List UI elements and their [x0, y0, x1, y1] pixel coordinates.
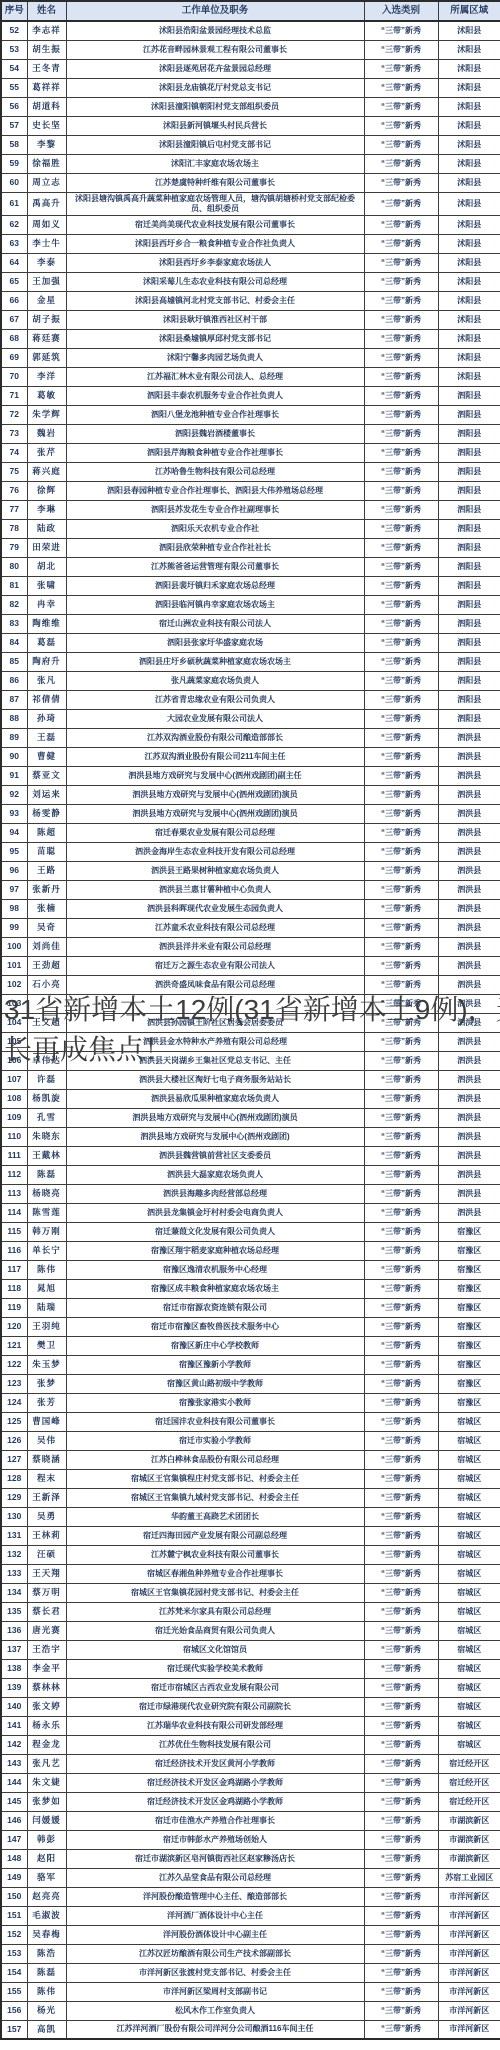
- table-row: 87 祁倩倩 江苏省青忠缘农业有限公司负责人 “三带”新秀 泗阳县: [1, 690, 500, 709]
- table-row: 139 蔡林林 宿迁市宿城区古西农业发展有限公司 “三带”新秀 宿城区: [1, 1678, 500, 1697]
- person-name: 王林莉: [27, 1526, 66, 1545]
- work-unit-position: 泗洪县地方戏研究与发展中心(泗州戏剧团)演员: [66, 804, 364, 823]
- person-name: 张文婷: [27, 1697, 66, 1716]
- person-name: 李金平: [27, 1659, 66, 1678]
- work-unit-position: 宿迁经济技术开发区黄河小学教师: [66, 1754, 364, 1773]
- selection-category: “三带”新秀: [364, 367, 438, 386]
- selection-category: “三带”新秀: [364, 1222, 438, 1241]
- selection-category: “三带”新秀: [364, 937, 438, 956]
- region: 沭阳县: [438, 348, 500, 367]
- row-serial-number: 82: [1, 595, 27, 614]
- table-row: 125 曹国峰 宿迁国沣农业科技有限公司董事长 “三带”新秀 宿城区: [1, 1412, 500, 1431]
- person-name: 李琳: [27, 500, 66, 519]
- person-name: 曹国峰: [27, 1412, 66, 1431]
- work-unit-position: 沭阳宁馨多肉园艺场负责人: [66, 348, 364, 367]
- row-serial-number: 139: [1, 1678, 27, 1697]
- region: 沭阳县: [438, 192, 500, 215]
- table-row: 130 吴勇 华韵董王高跷艺术团团长 “三带”新秀 宿城区: [1, 1507, 500, 1526]
- person-name: 蔡长君: [27, 1602, 66, 1621]
- person-name: 王冬青: [27, 59, 66, 78]
- selection-category: “三带”新秀: [364, 1583, 438, 1602]
- row-serial-number: 152: [1, 1925, 27, 1944]
- selection-category: “三带”新秀: [364, 192, 438, 215]
- row-serial-number: 148: [1, 1849, 27, 1868]
- row-serial-number: 68: [1, 329, 27, 348]
- row-serial-number: 106: [1, 1051, 27, 1070]
- region: 宿城区: [438, 1526, 500, 1545]
- region: 泗洪县: [438, 1108, 500, 1127]
- table-row: 141 杨永乐 江苏瑞华农业科技有限公司研发部经理 “三带”新秀 宿城区: [1, 1716, 500, 1735]
- region: 市洋河新区: [438, 1982, 500, 2001]
- row-serial-number: 87: [1, 690, 27, 709]
- table-row: 113 杨晓亮 泗洪县海趣多肉经营部总经理 “三带”新秀 泗洪县: [1, 1184, 500, 1203]
- work-unit-position: 洋河股份酒体设计中心副主任: [66, 1925, 364, 1944]
- person-name: 李洋: [27, 367, 66, 386]
- table-row: 70 李洋 江苏福汇林木业有限公司法人、总经理 “三带”新秀 沭阳县: [1, 367, 500, 386]
- row-serial-number: 128: [1, 1469, 27, 1488]
- table-row: 53 胡生振 江苏花音畔园林景观工程有限公司董事长 “三带”新秀 沭阳县: [1, 40, 500, 59]
- person-name: 王羽纯: [27, 1317, 66, 1336]
- selection-category: “三带”新秀: [364, 310, 438, 329]
- row-serial-number: 108: [1, 1089, 27, 1108]
- table-row: 63 李士牛 沭阳县西圩乡合一粮食种植专业合作社负责人 “三带”新秀 沭阳县: [1, 234, 500, 253]
- person-name: 张凡艺: [27, 1754, 66, 1773]
- person-name: 徐福胜: [27, 154, 66, 173]
- table-row: 124 张芳 宿豫张家港实小教师 “三带”新秀 宿豫区: [1, 1393, 500, 1412]
- work-unit-position: 沭阳县西圩乡合一粮食种植专业合作社负责人: [66, 234, 364, 253]
- table-row: 105 泗洪县金水特种水产养殖有限公司总经理 “三带”新秀 泗洪县: [1, 1032, 500, 1051]
- selection-category: “三带”新秀: [364, 633, 438, 652]
- person-name: 樊卫: [27, 1336, 66, 1355]
- work-unit-position: 泗洪县兰惠甘薯种植中心负责人: [66, 880, 364, 899]
- region: 沭阳县: [438, 78, 500, 97]
- region: 泗洪县: [438, 1089, 500, 1108]
- table-row: 106 卓伟达 泗洪县天岗湖乡王集社区党总支书记、主任 “三带”新秀 泗洪县: [1, 1051, 500, 1070]
- table-row: 126 吴伟 宿迁市实验小学教师 “三带”新秀 宿城区: [1, 1431, 500, 1450]
- table-row: 56 胡道科 沭阳县潼阳镇朝阳村党支部组织委员 “三带”新秀 沭阳县: [1, 97, 500, 116]
- row-serial-number: 135: [1, 1602, 27, 1621]
- selection-category: “三带”新秀: [364, 1184, 438, 1203]
- person-name: 胡生振: [27, 40, 66, 59]
- person-name: 王戴林: [27, 1146, 66, 1165]
- person-name: 杨光: [27, 2001, 66, 2020]
- work-unit-position: 沭阳县龙庙镇花厅村党总支书记: [66, 78, 364, 97]
- table-row: 135 蔡长君 江苏梵米尔家具有限公司总经理 “三带”新秀 宿城区: [1, 1602, 500, 1621]
- region: 宿城区: [438, 1545, 500, 1564]
- person-name: 禹高升: [27, 192, 66, 215]
- row-serial-number: 157: [1, 2020, 27, 2039]
- selection-category: “三带”新秀: [364, 1849, 438, 1868]
- region: 宿城区: [438, 1697, 500, 1716]
- region: 泗洪县: [438, 1203, 500, 1222]
- work-unit-position: 泗洪县易欣瓜果种植家庭农场负责人: [66, 1089, 364, 1108]
- row-serial-number: 133: [1, 1564, 27, 1583]
- work-unit-position: 江苏楚虞特种纤维有限公司董事长: [66, 173, 364, 192]
- table-row: 64 李泰 沭阳县西圩乡李泰家庭农场法人 “三带”新秀 沭阳县: [1, 253, 500, 272]
- selection-category: “三带”新秀: [364, 975, 438, 994]
- table-row: 155 陈伟 市洋河新区梁周村支部副书记 “三带”新秀 市洋河新区: [1, 1982, 500, 2001]
- selection-category: “三带”新秀: [364, 443, 438, 462]
- region: 泗阳县: [438, 424, 500, 443]
- table-row: 55 葛祥祥 沭阳县龙庙镇花厅村党总支书记 “三带”新秀 沭阳县: [1, 78, 500, 97]
- region: 泗洪县: [438, 994, 500, 1013]
- work-unit-position: 江苏熊爸爸运营管理有限公司董事长: [66, 557, 364, 576]
- person-name: 陈磊: [27, 1963, 66, 1982]
- row-serial-number: 113: [1, 1184, 27, 1203]
- work-unit-position: 泗洪县洋井米业有限公司总经理: [66, 937, 364, 956]
- row-serial-number: 126: [1, 1431, 27, 1450]
- row-serial-number: 111: [1, 1146, 27, 1165]
- table-row: 132 汪硕 江苏麓宁枫农业科技有限公司董事长 “三带”新秀 宿城区: [1, 1545, 500, 1564]
- region: 市洋河新区: [438, 1963, 500, 1982]
- row-serial-number: 118: [1, 1279, 27, 1298]
- region: 泗阳县: [438, 519, 500, 538]
- row-serial-number: 72: [1, 405, 27, 424]
- talent-list-table: 序号 姓名 工作单位及职务 入选类别 所属区域 52 李志祥 沭阳县浩阳盆景园经…: [0, 0, 500, 2040]
- person-name: 王劲超: [27, 956, 66, 975]
- work-unit-position: 沭阳县潼阳镇朝阳村党支部组织委员: [66, 97, 364, 116]
- table-row: 65 王加强 沭阳采莓儿生态农业科技有限公司总经理 “三带”新秀 沭阳县: [1, 272, 500, 291]
- selection-category: “三带”新秀: [364, 462, 438, 481]
- region: 宿迁经开区: [438, 1792, 500, 1811]
- row-serial-number: 153: [1, 1944, 27, 1963]
- table-row: 96 王路 泗洪县王路果树种植家庭农场负责人 “三带”新秀 泗洪县: [1, 861, 500, 880]
- region: 沭阳县: [438, 154, 500, 173]
- region: 市湖滨新区: [438, 1849, 500, 1868]
- region: 市洋河新区: [438, 2001, 500, 2020]
- table-row: 104 王文超 泗洪县孙园镇王阶社区居委会居委委员 “三带”新秀 泗洪县: [1, 1013, 500, 1032]
- row-serial-number: 96: [1, 861, 27, 880]
- person-name: 李黎: [27, 135, 66, 154]
- work-unit-position: 宿迁国沣农业科技有限公司董事长: [66, 1412, 364, 1431]
- person-name: 王文超: [27, 1013, 66, 1032]
- table-row: 81 张啸 泗阳县裴圩镇归禾家庭农场总经理 “三带”新秀 泗阳县: [1, 576, 500, 595]
- work-unit-position: 宿豫区成丰粮食种植家庭农场农场主: [66, 1279, 364, 1298]
- person-name: 张梦如: [27, 1792, 66, 1811]
- row-serial-number: 94: [1, 823, 27, 842]
- region: 泗洪县: [438, 804, 500, 823]
- work-unit-position: 泗阳县芹海粮食种植专业合作社理事长: [66, 443, 364, 462]
- row-serial-number: 130: [1, 1507, 27, 1526]
- work-unit-position: 泗洪县王路果树种植家庭农场负责人: [66, 861, 364, 880]
- work-unit-position: 江苏汉匠坊酿酒有限公司生产技术部副部长: [66, 1944, 364, 1963]
- selection-category: “三带”新秀: [364, 135, 438, 154]
- person-name: 杨凯旋: [27, 1089, 66, 1108]
- selection-category: “三带”新秀: [364, 918, 438, 937]
- table-row: 101 王劲超 宿迁万之源生态农业有限公司法人 “三带”新秀 泗洪县: [1, 956, 500, 975]
- work-unit-position: 宿迁市宿源农资连锁有限公司: [66, 1298, 364, 1317]
- selection-category: “三带”新秀: [364, 1431, 438, 1450]
- person-name: 韩彭: [27, 1830, 66, 1849]
- table-row: 91 蔡亚文 泗洪县地方戏研究与发展中心(泗州戏剧团)副主任 “三带”新秀 泗洪…: [1, 766, 500, 785]
- person-name: 陶维维: [27, 614, 66, 633]
- work-unit-position: 沭阳县塘沟镇禹高升蔬菜种植家庭农场管理人员，塘沟镇胡塘桥村党支部纪检委员、组织委…: [66, 192, 364, 215]
- row-serial-number: 77: [1, 500, 27, 519]
- region: 宿城区: [438, 1621, 500, 1640]
- person-name: 陈伟: [27, 1260, 66, 1279]
- row-serial-number: 90: [1, 747, 27, 766]
- work-unit-position: 宿迁美尚美现代农业科技发展有限公司董事长: [66, 215, 364, 234]
- row-serial-number: 81: [1, 576, 27, 595]
- region: 泗阳县: [438, 633, 500, 652]
- row-serial-number: 79: [1, 538, 27, 557]
- row-serial-number: 92: [1, 785, 27, 804]
- selection-category: “三带”新秀: [364, 1355, 438, 1374]
- selection-category: “三带”新秀: [364, 21, 438, 40]
- person-name: 赵阳: [27, 1849, 66, 1868]
- selection-category: “三带”新秀: [364, 2001, 438, 2020]
- table-row: 58 李黎 沭阳县潼阳镇后屯村党支部书记 “三带”新秀 沭阳县: [1, 135, 500, 154]
- row-serial-number: 85: [1, 652, 27, 671]
- table-row: 144 朱文婕 宿迁经济技术开发区金鸡湖路小学教师 “三带”新秀 宿迁经开区: [1, 1773, 500, 1792]
- work-unit-position: 江苏哈鲁生物科技有限公司总经理: [66, 462, 364, 481]
- selection-category: “三带”新秀: [364, 1811, 438, 1830]
- person-name: 杨晓亮: [27, 1184, 66, 1203]
- region: 沭阳县: [438, 291, 500, 310]
- selection-category: “三带”新秀: [364, 1602, 438, 1621]
- row-serial-number: 62: [1, 215, 27, 234]
- region: 泗阳县: [438, 405, 500, 424]
- person-name: 孙琦: [27, 709, 66, 728]
- selection-category: “三带”新秀: [364, 785, 438, 804]
- work-unit-position: 宿迁山洲农业科技有限公司法人: [66, 614, 364, 633]
- work-unit-position: 宿豫区新庄中心学校教师: [66, 1336, 364, 1355]
- row-serial-number: 119: [1, 1298, 27, 1317]
- table-body: 52 李志祥 沭阳县浩阳盆景园经理技术总监 “三带”新秀 沭阳县 53 胡生振 …: [1, 21, 500, 2039]
- screenshot-root: 序号 姓名 工作单位及职务 入选类别 所属区域 52 李志祥 沭阳县浩阳盆景园经…: [0, 0, 500, 2040]
- region: 宿城区: [438, 1678, 500, 1697]
- person-name: 王浩宇: [27, 1640, 66, 1659]
- row-serial-number: 140: [1, 1697, 27, 1716]
- selection-category: “三带”新秀: [364, 78, 438, 97]
- person-name: 朱文婕: [27, 1773, 66, 1792]
- work-unit-position: 宿迁市佳渔水产养殖合作社理事长: [66, 1811, 364, 1830]
- selection-category: “三带”新秀: [364, 97, 438, 116]
- table-row: 116 单长宁 宿豫区翔宇稻麦家庭种植农场总经理 “三带”新秀 宿豫区: [1, 1241, 500, 1260]
- row-serial-number: 89: [1, 728, 27, 747]
- row-serial-number: 134: [1, 1583, 27, 1602]
- table-row: 149 骆军 江苏久品堂食品有限公司总经理 “三带”新秀 苏宿工业园区: [1, 1868, 500, 1887]
- person-name: 卓伟达: [27, 1051, 66, 1070]
- region: 市洋河新区: [438, 1925, 500, 1944]
- person-name: 闫媛媛: [27, 1811, 66, 1830]
- table-row: 59 徐福胜 沭阳汇丰家庭农场农场主 “三带”新秀 沭阳县: [1, 154, 500, 173]
- work-unit-position: 宿迁经济技术开发区金鸡湖路小学教师: [66, 1773, 364, 1792]
- person-name: 胡北: [27, 557, 66, 576]
- region: 泗洪县: [438, 899, 500, 918]
- table-row: 103 “三带”新秀 泗洪县: [1, 994, 500, 1013]
- table-row: 138 李金平 宿迁现代实验学校美术教师 “三带”新秀 宿城区: [1, 1659, 500, 1678]
- region: 泗洪县: [438, 1127, 500, 1146]
- person-name: 胡子振: [27, 310, 66, 329]
- region: 泗阳县: [438, 557, 500, 576]
- row-serial-number: 65: [1, 272, 27, 291]
- row-serial-number: 97: [1, 880, 27, 899]
- person-name: 苗聪: [27, 842, 66, 861]
- person-name: 陈浩: [27, 1944, 66, 1963]
- person-name: 张新丹: [27, 880, 66, 899]
- person-name: 张凡: [27, 671, 66, 690]
- person-name: 张梦: [27, 1374, 66, 1393]
- work-unit-position: 松风木作工作室负责人: [66, 2001, 364, 2020]
- table-row: 73 魏岩 泗阳县魏岩酒楼董事长 “三带”新秀 泗阳县: [1, 424, 500, 443]
- selection-category: “三带”新秀: [364, 823, 438, 842]
- region: 沭阳县: [438, 234, 500, 253]
- selection-category: “三带”新秀: [364, 519, 438, 538]
- selection-category: “三带”新秀: [364, 1165, 438, 1184]
- table-row: 95 苗聪 泗洪金海岸生态农业科技开发有限公司总经理 “三带”新秀 泗洪县: [1, 842, 500, 861]
- region: 宿豫区: [438, 1336, 500, 1355]
- table-row: 150 赵亮亮 洋河股份酿造管理中心主任、酿造部部长 “三带”新秀 市洋河新区: [1, 1887, 500, 1906]
- work-unit-position: 泗阳县春园种植专业合作社理事长、泗阳县大伟养殖场总经理: [66, 481, 364, 500]
- column-header-name: 姓名: [27, 1, 66, 21]
- person-name: 吴伟: [27, 1431, 66, 1450]
- row-serial-number: 57: [1, 116, 27, 135]
- region: 宿城区: [438, 1640, 500, 1659]
- person-name: 陈雪莲: [27, 1203, 66, 1222]
- row-serial-number: 59: [1, 154, 27, 173]
- table-row: 147 韩彭 宿迁市韩彭水产养殖场创始人 “三带”新秀 市湖滨新区: [1, 1830, 500, 1849]
- region: 宿豫区: [438, 1374, 500, 1393]
- work-unit-position: 宿迁市实验小学教师: [66, 1431, 364, 1450]
- region: 宿城区: [438, 1431, 500, 1450]
- selection-category: “三带”新秀: [364, 1146, 438, 1165]
- row-serial-number: 124: [1, 1393, 27, 1412]
- region: 宿豫区: [438, 1393, 500, 1412]
- person-name: 吴春梅: [27, 1925, 66, 1944]
- person-name: 朱玉梦: [27, 1355, 66, 1374]
- table-row: 142 程金龙 江苏优仕生物科技发展有限公司 “三带”新秀 宿城区: [1, 1735, 500, 1754]
- work-unit-position: 泗阳县张家圩华盛家庭农场: [66, 633, 364, 652]
- work-unit-position: 江苏白桦林食品股份有限公司总经理: [66, 1450, 364, 1469]
- selection-category: “三带”新秀: [364, 861, 438, 880]
- row-serial-number: 75: [1, 462, 27, 481]
- person-name: 金星: [27, 291, 66, 310]
- selection-category: “三带”新秀: [364, 405, 438, 424]
- work-unit-position: 沭阳县西圩乡李泰家庭农场法人: [66, 253, 364, 272]
- row-serial-number: 137: [1, 1640, 27, 1659]
- row-serial-number: 109: [1, 1108, 27, 1127]
- selection-category: “三带”新秀: [364, 1241, 438, 1260]
- region: 泗阳县: [438, 576, 500, 595]
- work-unit-position: 沭阳县桑墟镇厚邱村党支部书记: [66, 329, 364, 348]
- selection-category: “三带”新秀: [364, 956, 438, 975]
- table-row: 69 郭延筑 沭阳宁馨多肉园艺场负责人 “三带”新秀 沭阳县: [1, 348, 500, 367]
- person-name: 程末: [27, 1469, 66, 1488]
- row-serial-number: 150: [1, 1887, 27, 1906]
- person-name: 骆军: [27, 1868, 66, 1887]
- work-unit-position: 泗洪县地方戏研究与发展中心(泗州戏剧团): [66, 1127, 364, 1146]
- region: 宿豫区: [438, 1260, 500, 1279]
- row-serial-number: 138: [1, 1659, 27, 1678]
- region: 市湖滨新区: [438, 1830, 500, 1849]
- row-serial-number: 76: [1, 481, 27, 500]
- selection-category: “三带”新秀: [364, 899, 438, 918]
- region: 沭阳县: [438, 367, 500, 386]
- work-unit-position: 沭阳采莓儿生态农业科技有限公司总经理: [66, 272, 364, 291]
- person-name: 张啸: [27, 576, 66, 595]
- table-row: 146 闫媛媛 宿迁市佳渔水产养殖合作社理事长 “三带”新秀 市湖滨新区: [1, 1811, 500, 1830]
- person-name: 陆政: [27, 519, 66, 538]
- work-unit-position: 宿豫张家港实小教师: [66, 1393, 364, 1412]
- selection-category: “三带”新秀: [364, 173, 438, 192]
- work-unit-position: 泗阳县魏岩酒楼董事长: [66, 424, 364, 443]
- table-row: 127 蔡晓涵 江苏白桦林食品股份有限公司总经理 “三带”新秀 宿城区: [1, 1450, 500, 1469]
- person-name: 蔡亚文: [27, 766, 66, 785]
- selection-category: “三带”新秀: [364, 1526, 438, 1545]
- table-row: 67 胡子振 沭阳县耿圩镇淮西社区村干部 “三带”新秀 沭阳县: [1, 310, 500, 329]
- selection-category: “三带”新秀: [364, 576, 438, 595]
- region: 泗洪县: [438, 861, 500, 880]
- region: 泗洪县: [438, 937, 500, 956]
- work-unit-position: 沭阳县浩阳盆景园经理技术总监: [66, 21, 364, 40]
- person-name: 朱晓东: [27, 1127, 66, 1146]
- region: 泗洪县: [438, 918, 500, 937]
- selection-category: “三带”新秀: [364, 1754, 438, 1773]
- row-serial-number: 125: [1, 1412, 27, 1431]
- person-name: 许磊: [27, 1070, 66, 1089]
- table-row: 99 吴奇 江苏童禾农业科技有限公司总经理 “三带”新秀 泗洪县: [1, 918, 500, 937]
- selection-category: “三带”新秀: [364, 1944, 438, 1963]
- row-serial-number: 55: [1, 78, 27, 97]
- row-serial-number: 146: [1, 1811, 27, 1830]
- person-name: 郭延筑: [27, 348, 66, 367]
- person-name: 陶府升: [27, 652, 66, 671]
- table-row: 111 王戴林 泗洪县魏营镇前营社区支委委员 “三带”新秀 泗洪县: [1, 1146, 500, 1165]
- work-unit-position: 沭阳县耿圩镇淮西社区村干部: [66, 310, 364, 329]
- work-unit-position: 宿城区王官集镇花园村党支部书记、村委会主任: [66, 1583, 364, 1602]
- region: 沭阳县: [438, 310, 500, 329]
- table-row: 121 樊卫 宿豫区新庄中心学校教师 “三带”新秀 宿豫区: [1, 1336, 500, 1355]
- table-row: 68 蒋廷赛 沭阳县桑墟镇厚邱村党支部书记 “三带”新秀 沭阳县: [1, 329, 500, 348]
- table-row: 84 葛磊 泗阳县张家圩华盛家庭农场 “三带”新秀 泗阳县: [1, 633, 500, 652]
- region: 泗洪县: [438, 1013, 500, 1032]
- table-row: 52 李志祥 沭阳县浩阳盆景园经理技术总监 “三带”新秀 沭阳县: [1, 21, 500, 40]
- person-name: 王新泽: [27, 1488, 66, 1507]
- work-unit-position: 江苏优仕生物科技发展有限公司: [66, 1735, 364, 1754]
- row-serial-number: 53: [1, 40, 27, 59]
- person-name: 单长宁: [27, 1241, 66, 1260]
- work-unit-position: 宿迁光始食品商贸有限公司负责人: [66, 1621, 364, 1640]
- selection-category: “三带”新秀: [364, 842, 438, 861]
- column-header-unit: 工作单位及职务: [66, 1, 364, 21]
- region: 宿城区: [438, 1469, 500, 1488]
- person-name: 田荣进: [27, 538, 66, 557]
- region: 苏宿工业园区: [438, 1868, 500, 1887]
- region: 沭阳县: [438, 116, 500, 135]
- table-row: 152 吴春梅 洋河股份酒体设计中心副主任 “三带”新秀 市洋河新区: [1, 1925, 500, 1944]
- table-row: 145 张梦如 宿迁经济技术开发区金鸡湖路小学教师 “三带”新秀 宿迁经开区: [1, 1792, 500, 1811]
- region: 沭阳县: [438, 40, 500, 59]
- region: 宿豫区: [438, 1222, 500, 1241]
- work-unit-position: 宿迁市湖滨新区皂河镇街西社区赵家糁汤店长: [66, 1849, 364, 1868]
- row-serial-number: 147: [1, 1830, 27, 1849]
- work-unit-position: 江苏省青忠缘农业有限公司负责人: [66, 690, 364, 709]
- column-header-region: 所属区域: [438, 1, 500, 21]
- work-unit-position: 江苏双沟酒业股份有限公司211车间主任: [66, 747, 364, 766]
- person-name: 蔡晓涵: [27, 1450, 66, 1469]
- row-serial-number: 63: [1, 234, 27, 253]
- region: 泗阳县: [438, 671, 500, 690]
- selection-category: “三带”新秀: [364, 1640, 438, 1659]
- work-unit-position: 宿城区王官集镇九域村党支部书记、村委会主任: [66, 1488, 364, 1507]
- selection-category: “三带”新秀: [364, 1735, 438, 1754]
- work-unit-position: 江苏洋河酒厂股份有限公司洋河分公司酿酒116车间主任: [66, 2020, 364, 2039]
- work-unit-position: 江苏双沟酒业股份有限公司酿造部部长: [66, 728, 364, 747]
- selection-category: “三带”新秀: [364, 595, 438, 614]
- person-name: 周如义: [27, 215, 66, 234]
- selection-category: “三带”新秀: [364, 1545, 438, 1564]
